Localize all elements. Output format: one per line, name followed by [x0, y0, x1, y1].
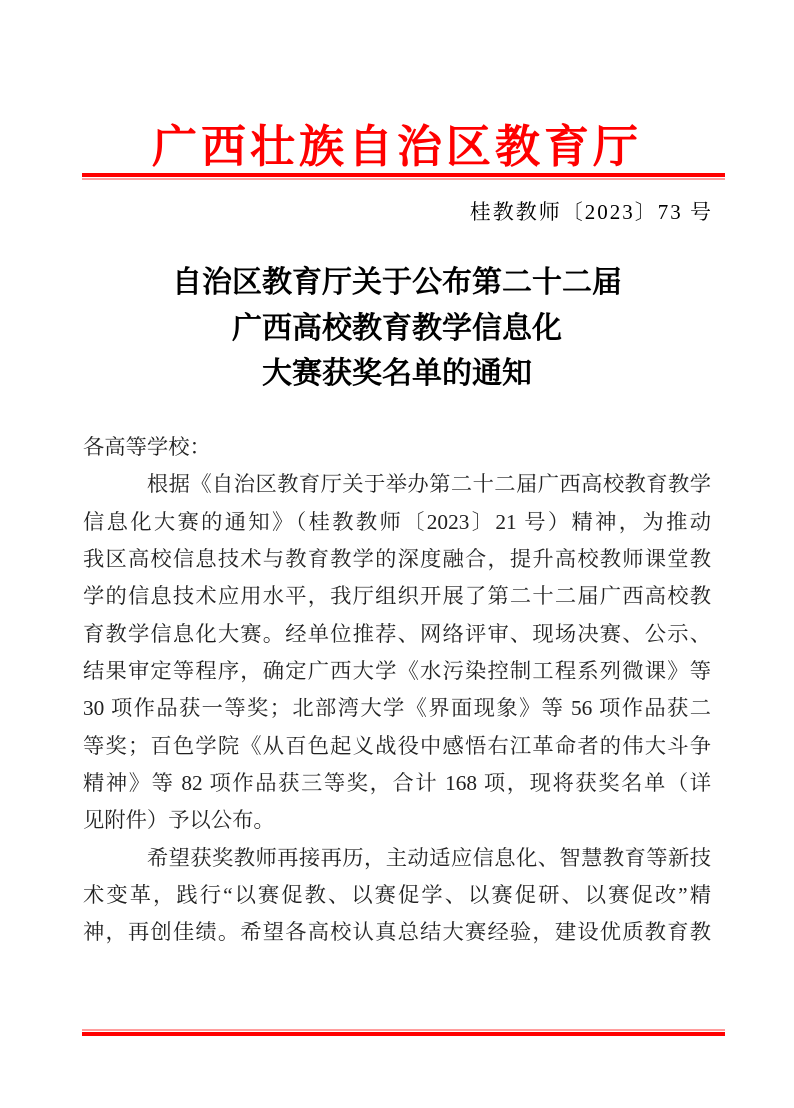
document-title: 自治区教育厅关于公布第二十二届 广西高校教育教学信息化 大赛获奖名单的通知: [83, 260, 711, 397]
footer-divider-line: [82, 1029, 725, 1036]
letterhead-divider-thin-line: [82, 178, 725, 180]
document-title-line-2: 广西高校教育教学信息化: [83, 306, 711, 352]
letterhead-agency-name: 广西壮族自治区教育厅: [0, 110, 794, 175]
body-line: 等奖；百色学院《从百色起义战役中感悟右江革命者的伟大斗争: [83, 728, 711, 765]
body-line: 学的信息技术应用水平，我厅组织开展了第二十二届广西高校教: [83, 578, 711, 615]
body-line: 精神》等 82 项作品获三等奖，合计 168 项，现将获奖名单（详: [83, 765, 711, 802]
document-page: 广西壮族自治区教育厅 桂教教师〔2023〕73 号 自治区教育厅关于公布第二十二…: [0, 0, 794, 1108]
document-number: 桂教教师〔2023〕73 号: [470, 196, 713, 226]
salutation: 各高等学校：: [83, 429, 711, 466]
letterhead-divider-line: [82, 173, 725, 180]
footer-divider-thick-line: [82, 1032, 725, 1036]
body-line: 育教学信息化大赛。经单位推荐、网络评审、现场决赛、公示、: [83, 616, 711, 653]
body-line: 我区高校信息技术与教育教学的深度融合，提升高校教师课堂教: [83, 541, 711, 578]
body-line: 结果审定等程序，确定广西大学《水污染控制工程系列微课》等: [83, 653, 711, 690]
body-line: 信息化大赛的通知》（桂教教师〔2023〕21 号）精神，为推动: [83, 504, 711, 541]
body-line: 术变革，践行“以赛促教、以赛促学、以赛促研、以赛促改”精: [83, 877, 711, 914]
body-line: 见附件）予以公布。: [83, 802, 711, 839]
body-line: 根据《自治区教育厅关于举办第二十二届广西高校教育教学: [83, 466, 711, 503]
document-body: 各高等学校： 根据《自治区教育厅关于举办第二十二届广西高校教育教学 信息化大赛的…: [83, 429, 711, 952]
document-title-line-1: 自治区教育厅关于公布第二十二届: [83, 260, 711, 306]
document-title-line-3: 大赛获奖名单的通知: [83, 351, 711, 397]
body-line: 希望获奖教师再接再历，主动适应信息化、智慧教育等新技: [83, 840, 711, 877]
body-line: 神，再创佳绩。希望各高校认真总结大赛经验，建设优质教育教: [83, 914, 711, 951]
body-line: 30 项作品获一等奖；北部湾大学《界面现象》等 56 项作品获二: [83, 690, 711, 727]
